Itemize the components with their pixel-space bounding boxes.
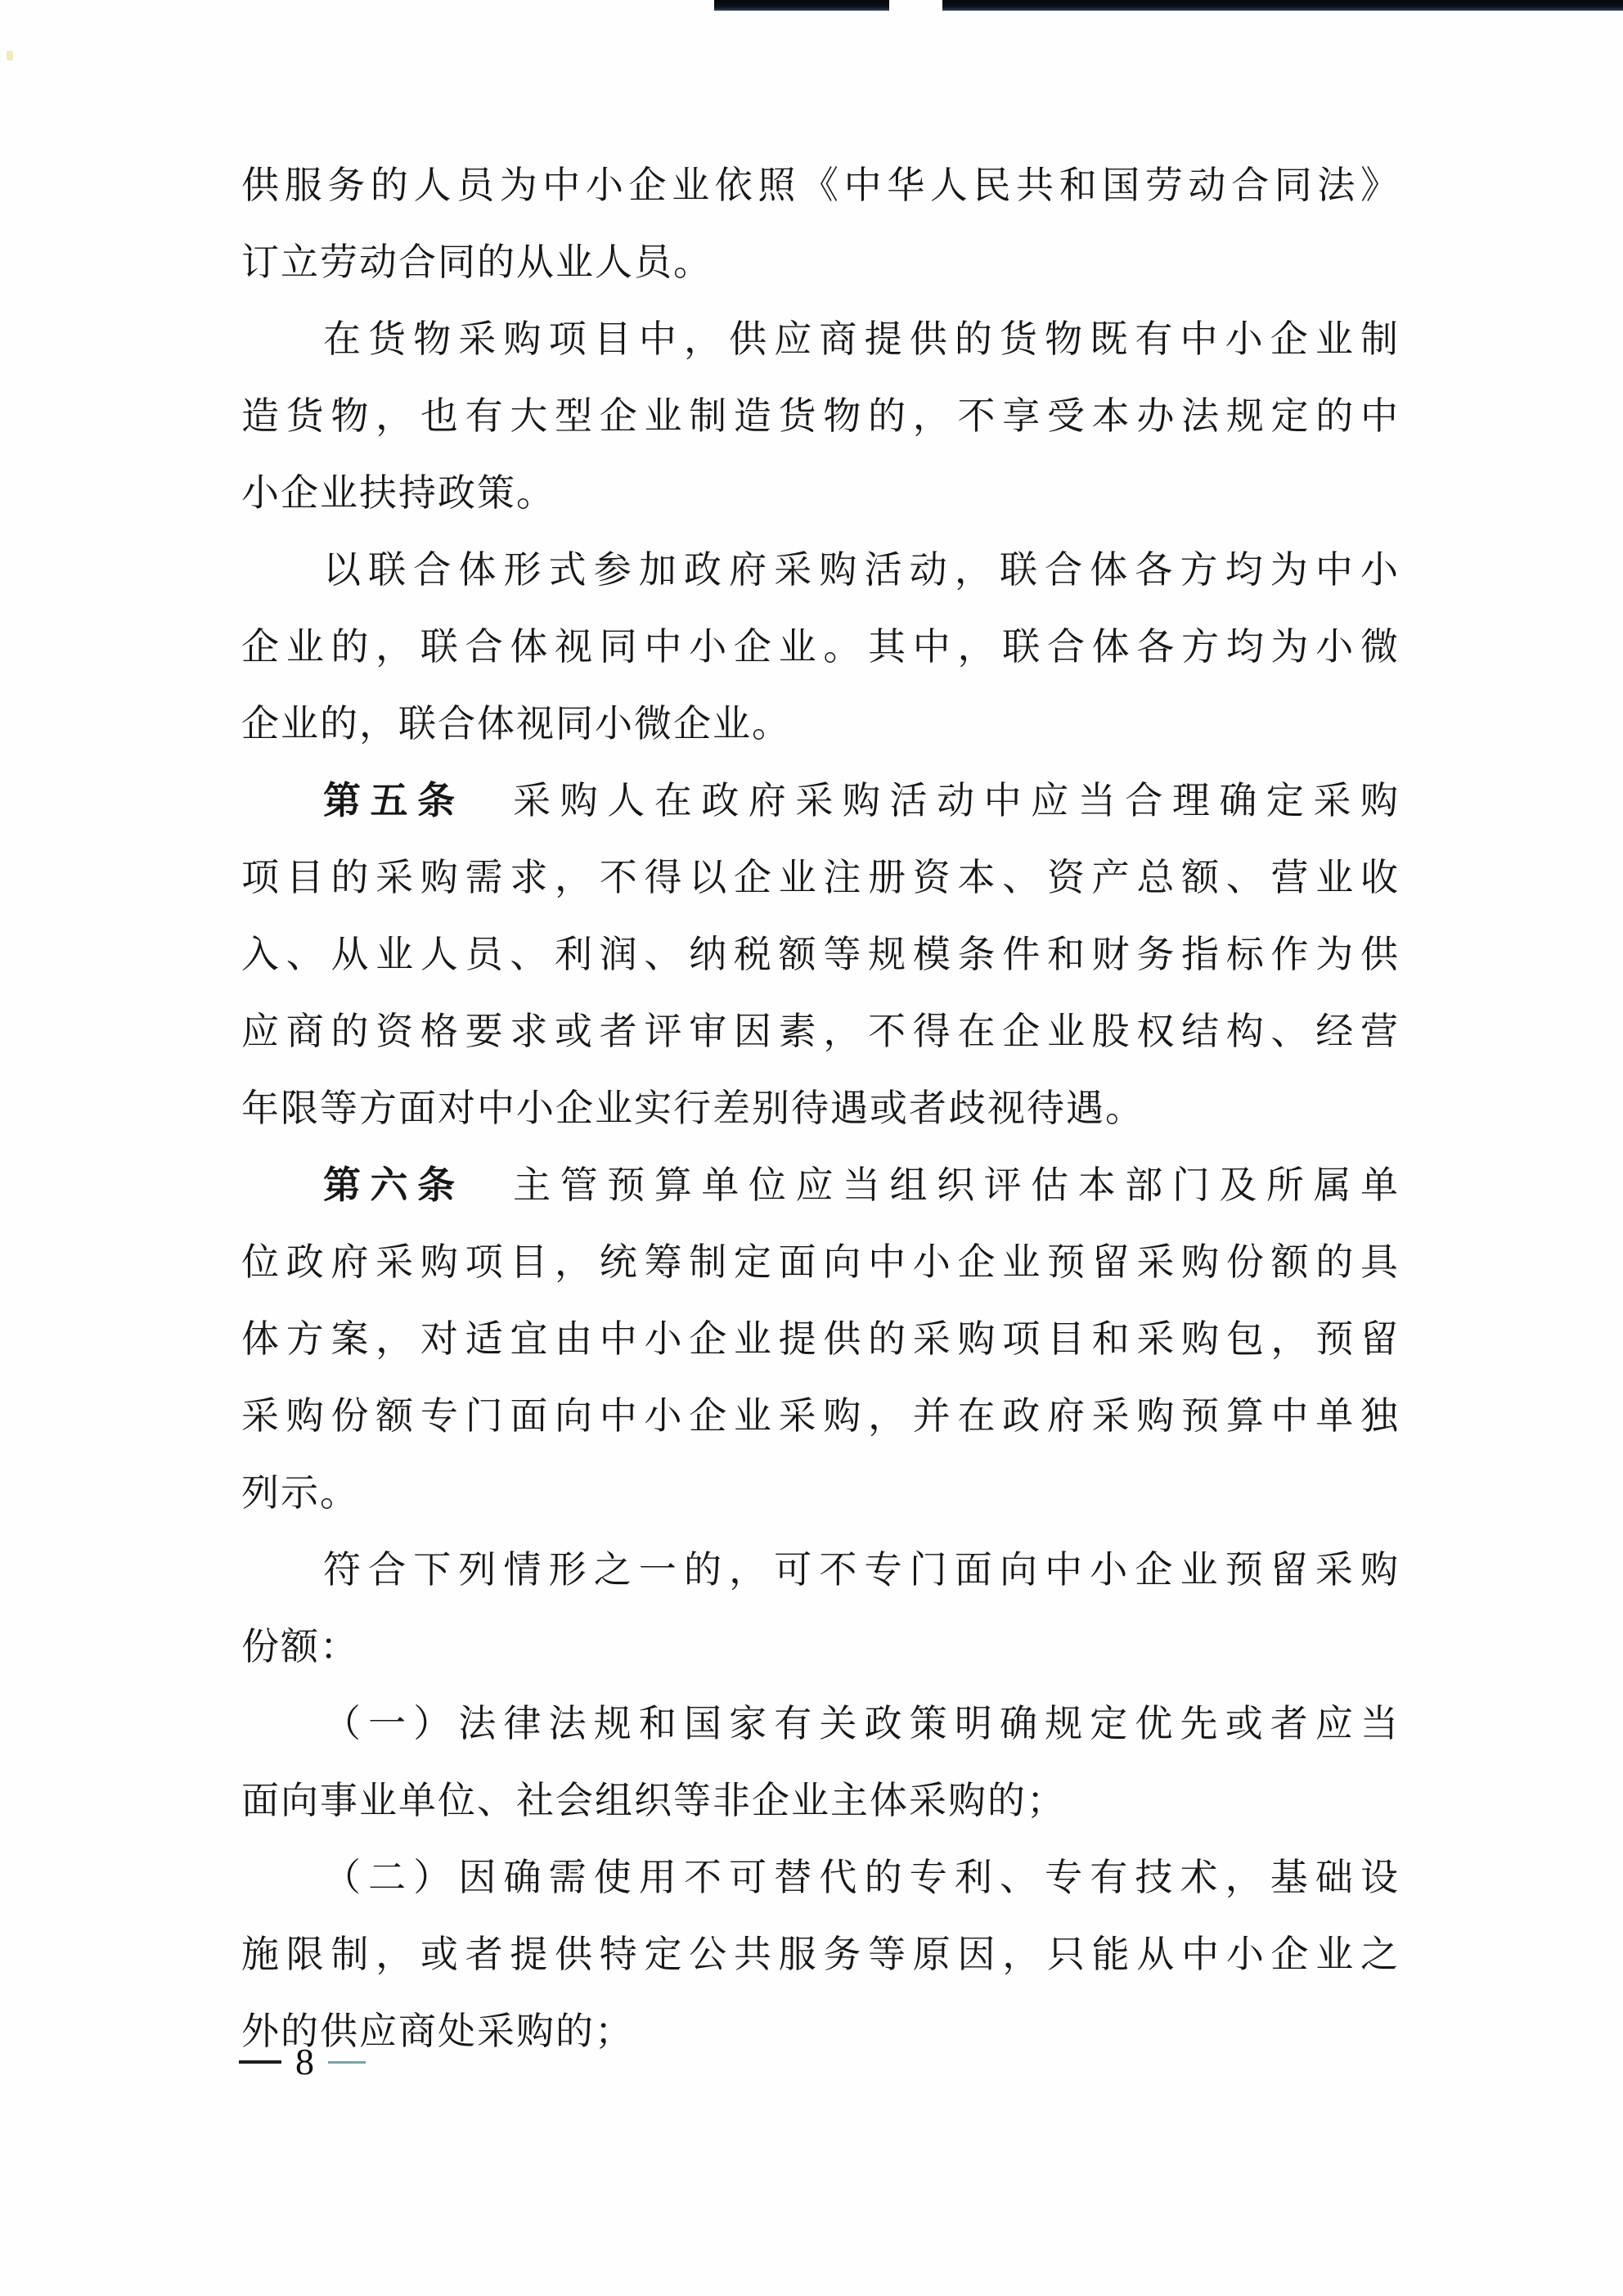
text-line-article-6: 第六条主管预算单位应当组织评估本部门及所属单 <box>241 1147 1400 1224</box>
text-line: 列示。 <box>241 1455 1400 1532</box>
scanned-document-page: 供服务的人员为中小企业依照《中华人民共和国劳动合同法》 订立劳动合同的从业人员。… <box>0 0 1623 2296</box>
text-line: 体方案，对适宜由中小企业提供的采购项目和采购包，预留 <box>241 1301 1400 1378</box>
text-line: 年限等方面对中小企业实行差别待遇或者歧视待遇。 <box>241 1070 1400 1147</box>
page-number-dash-right <box>328 2061 366 2064</box>
text-line: 造货物，也有大型企业制造货物的，不享受本办法规定的中 <box>241 378 1400 455</box>
text-line: 份额： <box>241 1609 1400 1686</box>
text-line: 订立劳动合同的从业人员。 <box>241 224 1400 301</box>
text-line: 应商的资格要求或者评审因素，不得在企业股权结构、经营 <box>241 993 1400 1070</box>
text-line: 入、从业人员、利润、纳税额等规模条件和财务指标作为供 <box>241 916 1400 993</box>
text-line: 在货物采购项目中，供应商提供的货物既有中小企业制 <box>241 301 1400 378</box>
text-line: 施限制，或者提供特定公共服务等原因，只能从中小企业之 <box>241 1916 1400 1993</box>
text-line: （二）因确需使用不可替代的专利、专有技术，基础设 <box>241 1839 1400 1916</box>
text-line: 小企业扶持政策。 <box>241 455 1400 532</box>
scan-artifact-bar <box>942 0 1623 11</box>
text-line: 面向事业单位、社会组织等非企业主体采购的； <box>241 1763 1400 1839</box>
article-text: 主管预算单位应当组织评估本部门及所属单 <box>506 1164 1400 1206</box>
text-line: 位政府采购项目，统筹制定面向中小企业预留采购份额的具 <box>241 1224 1400 1301</box>
text-line-article-5: 第五条采购人在政府采购活动中应当合理确定采购 <box>241 763 1400 840</box>
text-line: 外的供应商处采购的； <box>241 1993 1400 2070</box>
article-label: 第五条 <box>323 780 465 822</box>
text-line: 企业的，联合体视同中小企业。其中，联合体各方均为小微 <box>241 609 1400 686</box>
page-number-dash-left <box>239 2060 281 2064</box>
text-line: 企业的，联合体视同小微企业。 <box>241 686 1400 763</box>
page-number-value: 8 <box>295 2039 314 2085</box>
scan-artifact-bar <box>714 0 889 11</box>
article-text: 采购人在政府采购活动中应当合理确定采购 <box>506 780 1400 822</box>
text-line: 供服务的人员为中小企业依照《中华人民共和国劳动合同法》 <box>241 147 1400 224</box>
text-line: 采购份额专门面向中小企业采购，并在政府采购预算中单独 <box>241 1378 1400 1455</box>
text-line: （一）法律法规和国家有关政策明确规定优先或者应当 <box>241 1686 1400 1763</box>
article-label: 第六条 <box>323 1164 465 1206</box>
document-body: 供服务的人员为中小企业依照《中华人民共和国劳动合同法》 订立劳动合同的从业人员。… <box>241 147 1400 2070</box>
text-line: 符合下列情形之一的，可不专门面向中小企业预留采购 <box>241 1532 1400 1609</box>
text-line: 项目的采购需求，不得以企业注册资本、资产总额、营业收 <box>241 840 1400 916</box>
scan-noise-dot <box>7 51 13 61</box>
text-line: 以联合体形式参加政府采购活动，联合体各方均为中小 <box>241 532 1400 609</box>
page-number: 8 <box>239 2039 366 2085</box>
